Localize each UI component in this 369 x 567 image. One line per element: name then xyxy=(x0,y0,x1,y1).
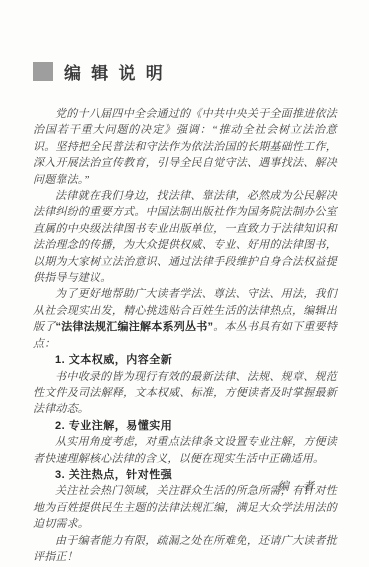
title-square-decoration xyxy=(33,62,53,81)
feature-1-heading: 1. 文本权威，内容全新 xyxy=(33,352,337,368)
closing-paragraph: 由于编者能力有限，疏漏之处在所难免，还请广大读者批评指正！ xyxy=(33,533,337,566)
intro-paragraph-1: 党的十八届四中全会通过的《中共中央关于全面推进依法治国若干重大问题的决定》强调：… xyxy=(33,106,337,188)
page-body: 党的十八届四中全会通过的《中共中央关于全面推进依法治国若干重大问题的决定》强调：… xyxy=(33,106,337,565)
series-paragraph: 为了更好地帮助广大读者学法、尊法、守法、用法，我们从社会现实出发，精心挑选贴合百… xyxy=(33,286,337,352)
editorial-note-page: 编 辑 说 明 党的十八届四中全会通过的《中共中央关于全面推进依法治国若干重大问… xyxy=(0,0,369,567)
page-title-row: 编 辑 说 明 xyxy=(33,59,166,84)
intro-paragraph-2: 法律就在我们身边，找法律、靠法律，必然成为公民解决法律纠纷的重要方式。中国法制出… xyxy=(33,188,337,286)
page-title: 编 辑 说 明 xyxy=(64,59,166,84)
series-title-bold: “法律法规汇编注解本系列丛书” xyxy=(56,321,214,333)
feature-2-body: 从实用角度考虑，对重点法律条文设置专业注解，方便读者快速理解核心法律的含义，以便… xyxy=(33,434,337,467)
feature-1-body: 书中收录的皆为现行有效的最新法律、法规、规章、规范性文件及司法解释，文本权威、标… xyxy=(33,369,337,418)
feature-2-heading: 2. 专业注解，易懂实用 xyxy=(33,418,337,434)
editor-signature: 编 者 xyxy=(278,478,316,494)
